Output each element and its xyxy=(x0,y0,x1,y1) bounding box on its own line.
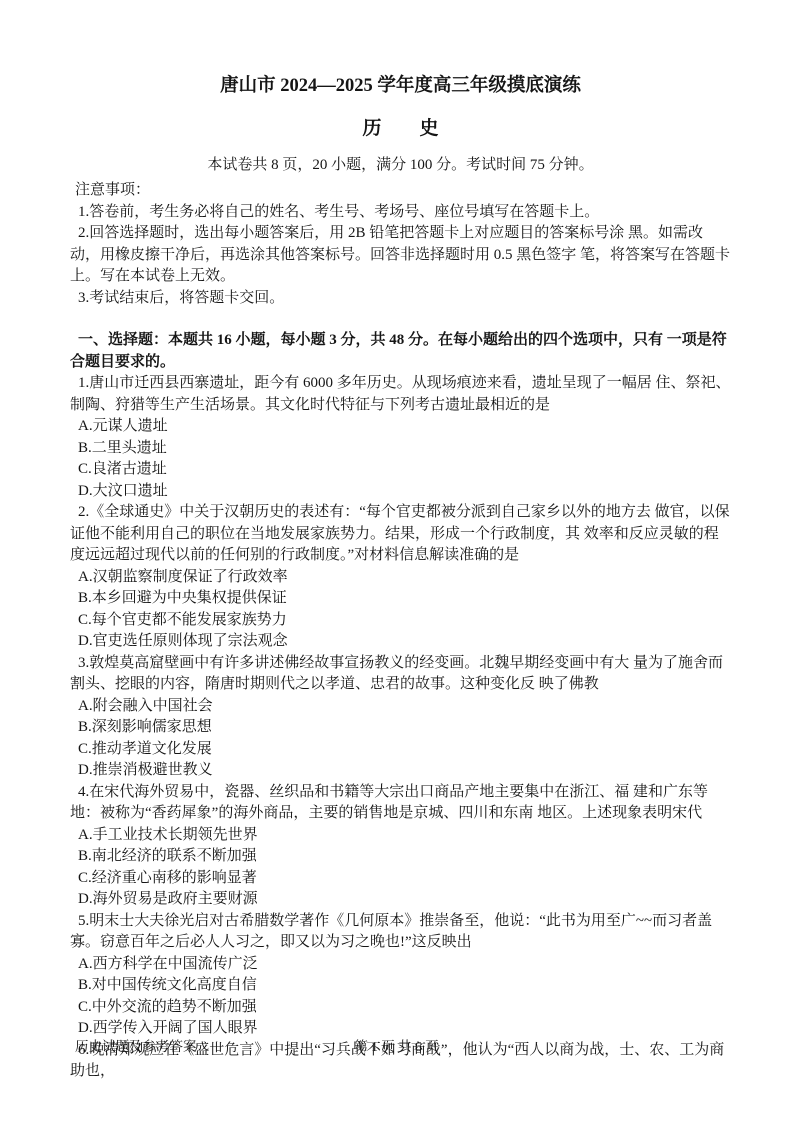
question-3-option-a: A.附会融入中国社会 xyxy=(70,696,731,718)
question-2-option-c: C.每个官吏都不能发展家族势力 xyxy=(70,610,731,632)
notes-section: 注意事项： 1.答卷前，考生务必将自己的姓名、考生号、考场号、座位号填写在答题卡… xyxy=(70,180,731,309)
question-4-option-d: D.海外贸易是政府主要财源 xyxy=(70,889,731,911)
question-2: 2.《全球通史》中关于汉朝历史的表述有：“每个官吏都被分派到自己家乡以外的地方去… xyxy=(70,502,731,653)
note-item-3: 3.考试结束后，将答题卡交回。 xyxy=(70,288,731,310)
question-3-option-d: D.推崇消极避世教义 xyxy=(70,760,731,782)
question-1-option-c: C.良渚古遗址 xyxy=(70,459,731,481)
question-1: 1.唐山市迁西县西寨遗址，距今有 6000 多年历史。从现场痕迹来看，遗址呈现了… xyxy=(70,373,731,502)
exam-info: 本试卷共 8 页，20 小题，满分 100 分。考试时间 75 分钟。 xyxy=(70,155,731,176)
question-1-option-b: B.二里头遗址 xyxy=(70,438,731,460)
question-5-stem: 5.明末士大夫徐光启对古希腊数学著作《几何原本》推崇备至，他说：“此书为用至广~… xyxy=(70,911,731,954)
notes-title: 注意事项： xyxy=(70,180,731,202)
question-4: 4.在宋代海外贸易中，瓷器、丝织品和书籍等大宗出口商品产地主要集中在浙江、福 建… xyxy=(70,782,731,911)
question-3: 3.敦煌莫高窟壁画中有许多讲述佛经故事宣扬教义的经变画。北魏早期经变画中有大 量… xyxy=(70,653,731,782)
question-5-option-c: C.中外交流的趋势不断加强 xyxy=(70,997,731,1019)
note-item-2: 2.回答选择题时，选出每小题答案后，用 2B 铅笔把答题卡上对应题目的答案标号涂… xyxy=(70,223,731,288)
note-item-1: 1.答卷前，考生务必将自己的姓名、考生号、考场号、座位号填写在答题卡上。 xyxy=(70,202,731,224)
question-2-option-b: B.本乡回避为中央集权提供保证 xyxy=(70,588,731,610)
question-3-option-c: C.推动孝道文化发展 xyxy=(70,739,731,761)
section-header: 一、选择题：本题共 16 小题，每小题 3 分，共 48 分。在每小题给出的四个… xyxy=(70,330,731,373)
question-5-option-b: B.对中国传统文化高度自信 xyxy=(70,975,731,997)
question-5-option-a: A.西方科学在中国流传广泛 xyxy=(70,954,731,976)
question-1-stem: 1.唐山市迁西县西寨遗址，距今有 6000 多年历史。从现场痕迹来看，遗址呈现了… xyxy=(70,373,731,416)
question-4-option-a: A.手工业技术长期领先世界 xyxy=(70,825,731,847)
question-3-stem: 3.敦煌莫高窟壁画中有许多讲述佛经故事宣扬教义的经变画。北魏早期经变画中有大 量… xyxy=(70,653,731,696)
question-2-option-a: A.汉朝监察制度保证了行政效率 xyxy=(70,567,731,589)
question-4-option-b: B.南北经济的联系不断加强 xyxy=(70,846,731,868)
question-5-option-d: D.西学传入开阔了国人眼界 xyxy=(70,1018,731,1040)
question-1-option-a: A.元谋人遗址 xyxy=(70,416,731,438)
question-4-option-c: C.经济重心南移的影响显著 xyxy=(70,868,731,890)
question-2-stem: 2.《全球通史》中关于汉朝历史的表述有：“每个官吏都被分派到自己家乡以外的地方去… xyxy=(70,502,731,567)
question-1-option-d: D.大汶口遗址 xyxy=(70,481,731,503)
question-2-option-d: D.官吏选任原则体现了宗法观念 xyxy=(70,631,731,653)
question-5: 5.明末士大夫徐光启对古希腊数学著作《几何原本》推崇备至，他说：“此书为用至广~… xyxy=(70,911,731,1040)
footer-page-number: 第 1 页 共 6 页 xyxy=(0,1038,793,1056)
question-3-option-b: B.深刻影响儒家思想 xyxy=(70,717,731,739)
question-4-stem: 4.在宋代海外贸易中，瓷器、丝织品和书籍等大宗出口商品产地主要集中在浙江、福 建… xyxy=(70,782,731,825)
page-title: 唐山市 2024—2025 学年度高三年级摸底演练 xyxy=(70,74,731,98)
exam-page: 唐山市 2024—2025 学年度高三年级摸底演练 历 史 本试卷共 8 页，2… xyxy=(0,0,793,1122)
subject-title: 历 史 xyxy=(70,117,731,141)
